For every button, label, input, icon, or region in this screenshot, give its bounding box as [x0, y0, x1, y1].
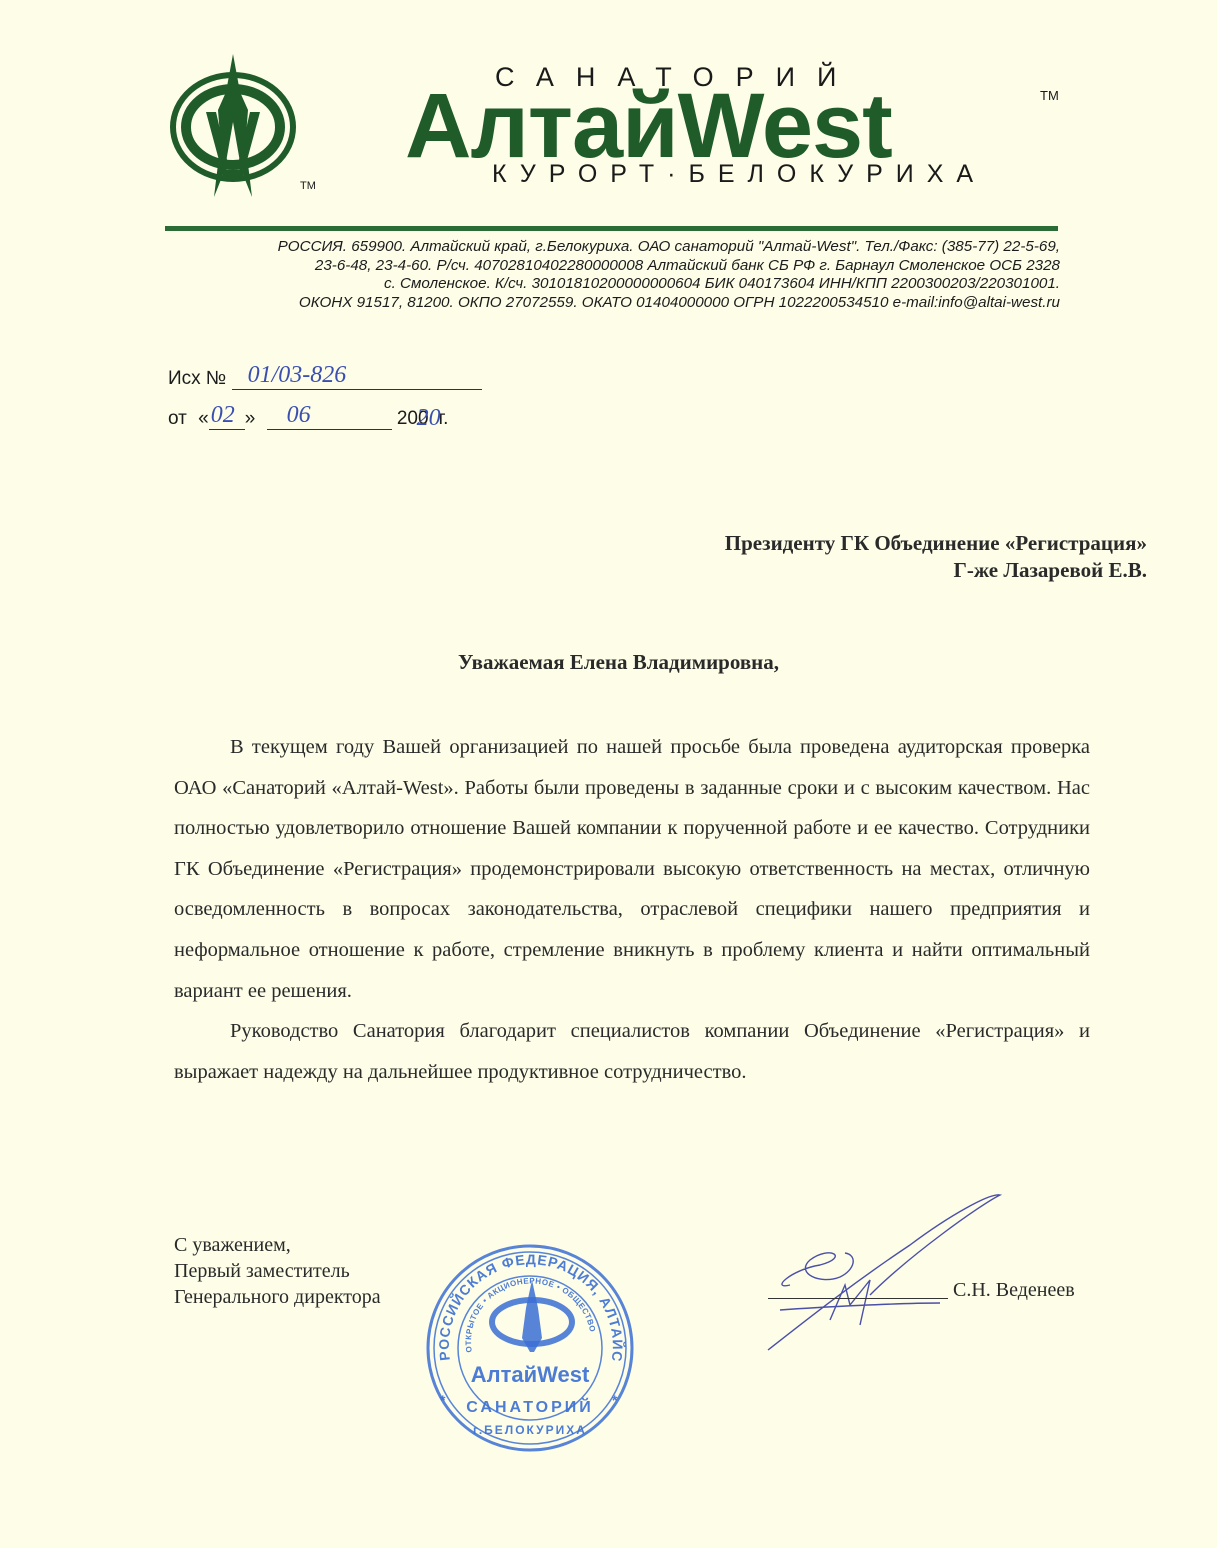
- body-paragraph: В текущем году Вашей организацией по наш…: [174, 727, 1090, 1011]
- company-stamp-icon: РОССИЙСКАЯ ФЕДЕРАЦИЯ, АЛТАЙСКИЙ КРАЙ ОТК…: [420, 1240, 640, 1455]
- close-quote: »: [245, 408, 256, 429]
- addressee-block: Президенту ГК Объединение «Регистрация» …: [725, 530, 1147, 584]
- day-field: 02: [209, 409, 245, 430]
- brand-logo-text: АлтайWest: [405, 80, 892, 172]
- outgoing-reference: Исх № 01/03-826 от «02» 06 20020г.: [168, 368, 482, 432]
- requisites-line: с. Смоленское. К/сч. 3010181020000000060…: [160, 275, 1060, 294]
- outgoing-number-field: 01/03-826: [232, 369, 482, 390]
- brand-bottom-text: КУРОРТ·БЕЛОКУРИХА: [492, 160, 986, 189]
- addressee-title: Президенту ГК Объединение «Регистрация»: [725, 530, 1147, 557]
- brand-trademark: TM: [1040, 88, 1059, 103]
- addressee-name: Г-же Лазаревой Е.В.: [725, 557, 1147, 584]
- date-prefix: от: [168, 408, 187, 429]
- company-requisites: РОССИЯ. 659900. Алтайский край, г.Белоку…: [160, 238, 1060, 312]
- svg-text:*: *: [440, 1392, 446, 1408]
- requisites-line: 23-6-48, 23-4-60. Р/сч. 4070281040228000…: [160, 257, 1060, 276]
- header-divider: [165, 226, 1058, 231]
- salutation: Уважаемая Елена Владимировна,: [0, 650, 1217, 675]
- letter-body: В текущем году Вашей организацией по наш…: [174, 727, 1090, 1092]
- signer-position-2: Генерального директора: [174, 1284, 381, 1310]
- month-value: 06: [287, 402, 311, 429]
- year-handwritten: 20: [417, 405, 441, 432]
- body-paragraph: Руководство Санатория благодарит специал…: [174, 1011, 1090, 1092]
- svg-text:г.БЕЛОКУРИХА: г.БЕЛОКУРИХА: [473, 1423, 587, 1437]
- handwritten-signature-icon: [760, 1185, 1010, 1355]
- requisites-line: ОКОНХ 91517, 81200. ОКПО 27072559. ОКАТО…: [160, 294, 1060, 313]
- emblem-trademark: TM: [300, 180, 316, 192]
- outgoing-number-label: Исх №: [168, 368, 226, 389]
- svg-text:*: *: [612, 1392, 618, 1408]
- svg-text:САНАТОРИЙ: САНАТОРИЙ: [466, 1397, 594, 1416]
- signer-position: Первый заместитель: [174, 1258, 381, 1284]
- altai-west-emblem-icon: [168, 52, 298, 202]
- outgoing-number-value: 01/03-826: [248, 362, 347, 389]
- open-quote: «: [198, 408, 209, 429]
- closing-regards: С уважением,: [174, 1232, 381, 1258]
- signature-line: [768, 1298, 948, 1299]
- month-field: 06: [267, 409, 392, 430]
- signer-name: С.Н. Веденеев: [953, 1279, 1075, 1302]
- requisites-line: РОССИЯ. 659900. Алтайский край, г.Белоку…: [160, 238, 1060, 257]
- svg-text:АлтайWest: АлтайWest: [471, 1362, 590, 1387]
- day-value: 02: [211, 402, 235, 429]
- closing-block: С уважением, Первый заместитель Генераль…: [174, 1232, 381, 1310]
